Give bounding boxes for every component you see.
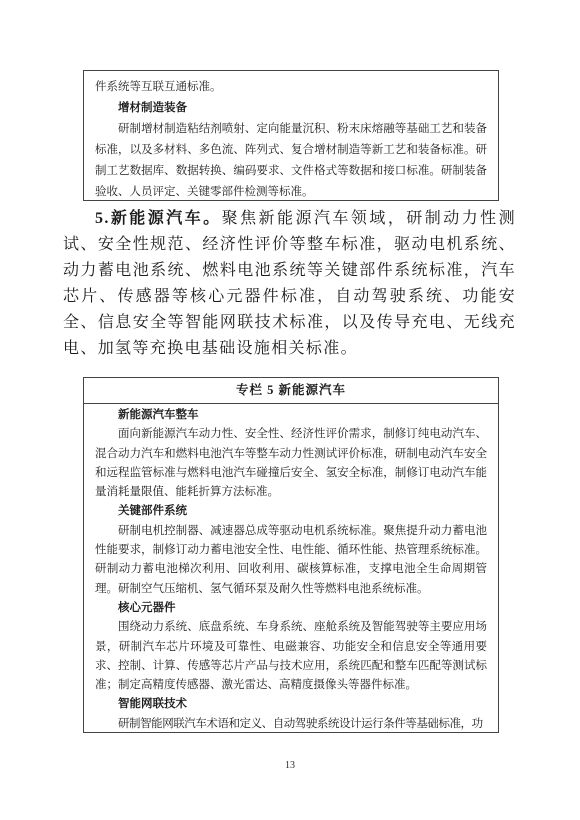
column-box-5-body: 新能源汽车整车 面向新能源汽车动力性、安全性、经济性评价需求，制修订纯电动汽车、… <box>84 404 498 733</box>
section-heading-core-components: 核心元器件 <box>95 599 487 618</box>
column-box-5-title: 专栏 5 新能源汽车 <box>84 378 498 404</box>
column-box-5-new-energy-vehicles: 专栏 5 新能源汽车 新能源汽车整车 面向新能源汽车动力性、安全性、经济性评价需… <box>83 377 499 733</box>
body-paragraph-new-energy-vehicles: 5.新能源汽车。聚焦新能源汽车领域，研制动力性测试、安全性规范、经济性评价等整车… <box>63 206 516 362</box>
section-body-key-component-systems: 研制电机控制器、减速器总成等驱动电机系统标准。聚焦提升动力蓄电池性能要求，制修订… <box>95 522 487 599</box>
section-heading-complete-vehicle: 新能源汽车整车 <box>95 406 487 425</box>
section-heading-intelligent-connected-tech: 智能网联技术 <box>95 695 487 714</box>
column-box-additive-manufacturing: 件系统等互联互通标准。 增材制造装备 研制增材制造粘结剂喷射、定向能量沉积、粉末… <box>83 70 499 201</box>
section-body-additive-equipment: 研制增材制造粘结剂喷射、定向能量沉积、粉末床熔融等基础工艺和装备标准，以及多材料… <box>95 119 487 201</box>
continuation-text: 件系统等互联互通标准。 <box>95 77 487 98</box>
section-heading-additive-equipment: 增材制造装备 <box>95 98 487 119</box>
section-heading-key-component-systems: 关键部件系统 <box>95 502 487 521</box>
document-page: 件系统等互联互通标准。 增材制造装备 研制增材制造粘结剂喷射、定向能量沉积、粉末… <box>0 0 580 820</box>
section-body-intelligent-connected-tech: 研制智能网联汽车术语和定义、自动驾驶系统设计运行条件等基础标准，功 <box>95 715 487 733</box>
section-body-core-components: 围绕动力系统、底盘系统、车身系统、座舱系统及智能驾驶等主要应用场景，研制汽车芯片… <box>95 618 487 695</box>
section-body-complete-vehicle: 面向新能源汽车动力性、安全性、经济性评价需求，制修订纯电动汽车、混合动力汽车和燃… <box>95 425 487 502</box>
paragraph-text: 聚焦新能源汽车领域，研制动力性测试、安全性规范、经济性评价等整车标准，驱动电机系… <box>63 210 516 357</box>
page-number: 13 <box>0 760 580 771</box>
paragraph-lead: 5.新能源汽车。 <box>95 210 222 227</box>
